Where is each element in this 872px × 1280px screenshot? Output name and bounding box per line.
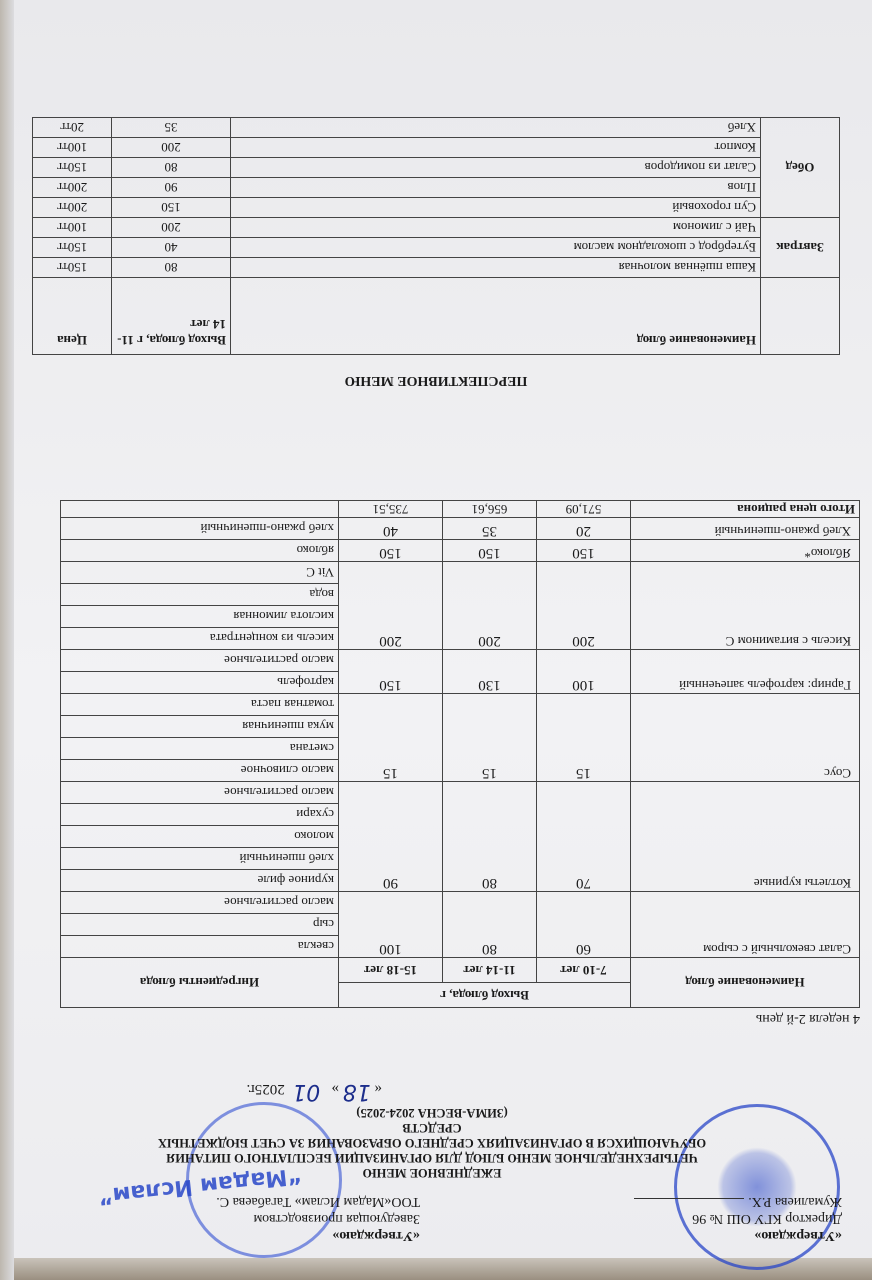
price-value: 200тг	[33, 178, 112, 198]
price-value: 150тг	[33, 258, 112, 278]
table-row: Хлеб3520тг	[33, 118, 840, 138]
ingredient: масло растительное	[61, 782, 339, 804]
ingredient: яблоко	[61, 540, 339, 562]
yield-value: 60	[537, 892, 631, 958]
yield-value: 80	[112, 158, 231, 178]
perspective-menu-title: ПЕРСПЕКТИВНОЕ МЕНЮ	[0, 372, 872, 388]
dish-name: Гарнир: картофель запеченный	[631, 650, 860, 694]
perspective-menu-table: Наименование блюд Выход блюда, г 11-14 л…	[32, 117, 840, 355]
yield-value: 100	[537, 650, 631, 694]
dish-name: Салат свекольный с сыром	[631, 892, 860, 958]
yield-value: 40	[339, 518, 443, 540]
yield-value: 150	[537, 540, 631, 562]
ingredient: картофель	[61, 672, 339, 694]
price-value: 150тг	[33, 158, 112, 178]
dish-name: Хлеб ржано-пшеничный	[631, 518, 860, 540]
empty-cell	[61, 501, 339, 518]
table-row: Чай с лимоном200100тг	[33, 218, 840, 238]
approval-left-label: «Утверждаю»	[754, 1228, 842, 1243]
table-row: Хлеб ржано-пшеничный203540хлеб ржано-пше…	[61, 518, 860, 540]
document-page: “Мадам Ислам” «Утверждаю» Директор КГУ О…	[0, 0, 872, 1280]
table-row: Кисель с витамином С200200200кисель из к…	[61, 628, 860, 650]
ingredient: молоко	[61, 826, 339, 848]
daily-menu-table: Наименование блюд Выход блюда, г Ингреди…	[60, 500, 860, 1008]
table-row: Гарнир: картофель запеченный100130150кар…	[61, 672, 860, 694]
yield-value: 35	[443, 518, 537, 540]
price-value: 100тг	[33, 218, 112, 238]
title-line-3: (ЗИМА-ВЕСНА 2024-2025)	[152, 1105, 712, 1120]
header-age-1: 7-10 лет	[537, 958, 631, 983]
price-value: 100тг	[33, 138, 112, 158]
document-title: ЕЖЕДНЕВНОЕ МЕНЮ ЧЕТЫРЕХНЕДЕЛЬНОЕ МЕНЮ БЛ…	[152, 1105, 712, 1180]
ingredient: свекла	[61, 936, 339, 958]
title-line-1: ЕЖЕДНЕВНОЕ МЕНЮ	[152, 1165, 712, 1180]
header-dish-name: Наименование блюд	[631, 958, 860, 1008]
yield-value: 70	[537, 782, 631, 892]
week-day-label: 4 неделя 2-й день	[756, 1010, 860, 1026]
dish-name: Чай с лимоном	[231, 218, 761, 238]
ingredient: кислота лимонная	[61, 606, 339, 628]
yield-value: 15	[537, 694, 631, 782]
yield-value: 90	[339, 782, 443, 892]
approval-right-position: Заведующая производством	[60, 1210, 420, 1227]
dish-name: Соус	[631, 694, 860, 782]
table-row: ОбедСуп гороховый150200тг	[33, 198, 840, 218]
yield-value: 150	[443, 540, 537, 562]
dish-name: Каша пшённая молочная	[231, 258, 761, 278]
header-ingredients: Ингредиенты блюда	[61, 958, 339, 1008]
table-row: Яблоко*150150150яблоко	[61, 540, 860, 562]
yield-value: 20	[537, 518, 631, 540]
dish-name: Бутерброд с шоколадном маслом	[231, 238, 761, 258]
header-age-2: 11-14 лет	[443, 958, 537, 983]
yield-value: 200	[339, 562, 443, 650]
yield-value: 150	[339, 540, 443, 562]
yield-value: 150	[112, 198, 231, 218]
ingredient: сметана	[61, 738, 339, 760]
ingredient: кисель из концентрата	[61, 628, 339, 650]
total-value: 735,51	[339, 501, 443, 518]
date-day: 18	[343, 1079, 371, 1104]
yield-value: 80	[443, 782, 537, 892]
ingredient: томатная паста	[61, 694, 339, 716]
date-month: 01	[292, 1079, 320, 1104]
yield-value: 200	[112, 138, 231, 158]
ingredient: сыр	[61, 914, 339, 936]
header-yield: Выход блюда, г	[339, 983, 631, 1008]
yield-value: 15	[443, 694, 537, 782]
dish-name: Суп гороховый	[231, 198, 761, 218]
dish-name: Салат из помидоров	[231, 158, 761, 178]
yield-value: 200	[537, 562, 631, 650]
yield-value: 90	[112, 178, 231, 198]
meal-label: Завтрак	[761, 218, 840, 278]
yield-value: 80	[112, 258, 231, 278]
table-row: Котлеты куриные708090куриное филе	[61, 870, 860, 892]
table-row: Бутерброд с шоколадном маслом40150тг	[33, 238, 840, 258]
header-age-3: 15-18 лет	[339, 958, 443, 983]
yield-value: 130	[443, 650, 537, 694]
date-quote-close: »	[332, 1081, 340, 1097]
approval-right-org: ТОО«Мадам Ислам» Тагабаева С.	[60, 1193, 420, 1210]
total-value: 571,09	[537, 501, 631, 518]
yield-value: 40	[112, 238, 231, 258]
ingredient: масло растительное	[61, 650, 339, 672]
dish-name: Плов	[231, 178, 761, 198]
dish-name: Кисель с витамином С	[631, 562, 860, 650]
yield-value: 35	[112, 118, 231, 138]
dish-name: Яблоко*	[631, 540, 860, 562]
approval-right-label: «Утверждаю»	[332, 1228, 420, 1243]
paper-edge	[0, 0, 14, 1280]
dish-name: Компот	[231, 138, 761, 158]
table-row: Компот200100тг	[33, 138, 840, 158]
total-row: Итого цена рациона571,09656,61735,51	[61, 501, 860, 518]
ingredient: хлеб ржано-пшеничный	[61, 518, 339, 540]
approval-left: «Утверждаю» Директор КГУ ОШ № 96 Жумалие…	[542, 1193, 842, 1244]
title-line-2: ЧЕТЫРЕХНЕДЕЛЬНОЕ МЕНЮ БЛЮД ДЛЯ ОРГАНИЗАЦ…	[152, 1120, 712, 1165]
table-row: Салат из помидоров80150тг	[33, 158, 840, 178]
ingredient: масло сливочное	[61, 760, 339, 782]
yield-value: 200	[112, 218, 231, 238]
yield-value: 200	[443, 562, 537, 650]
ingredient: масло растительное	[61, 892, 339, 914]
yield-value: 150	[339, 650, 443, 694]
approval-left-position: Директор КГУ ОШ № 96	[542, 1210, 842, 1227]
header-dish-name-2: Наименование блюд	[231, 278, 761, 355]
dish-name: Котлеты куриные	[631, 782, 860, 892]
ingredient: сухари	[61, 804, 339, 826]
ingredient: хлеб пшеничный	[61, 848, 339, 870]
table-row: Салат свекольный с сыром6080100свекла	[61, 936, 860, 958]
table-row: ЗавтракКаша пшённая молочная80150тг	[33, 258, 840, 278]
total-value: 656,61	[443, 501, 537, 518]
date-year: 2025г.	[247, 1081, 285, 1097]
price-value: 20тг	[33, 118, 112, 138]
ingredient: мука пшеничная	[61, 716, 339, 738]
header-price: Цена	[33, 278, 112, 355]
header-yield-2: Выход блюда, г 11-14 лет	[112, 278, 231, 355]
date-quote-open: «	[375, 1081, 383, 1097]
yield-value: 100	[339, 892, 443, 958]
approval-right: «Утверждаю» Заведующая производством ТОО…	[60, 1193, 420, 1244]
dish-name: Хлеб	[231, 118, 761, 138]
yield-value: 80	[443, 892, 537, 958]
yield-value: 15	[339, 694, 443, 782]
header-meal	[761, 278, 840, 355]
meal-label: Обед	[761, 118, 840, 218]
approval-date: « 18 » 01 2025г.	[247, 1079, 382, 1104]
price-value: 200тг	[33, 198, 112, 218]
price-value: 150тг	[33, 238, 112, 258]
ingredient: Vit C	[61, 562, 339, 584]
table-row: Плов90200тг	[33, 178, 840, 198]
approval-left-name: Жумалиева Р.Х.	[748, 1194, 842, 1209]
ingredient: вода	[61, 584, 339, 606]
ingredient: куриное филе	[61, 870, 339, 892]
table-row: Соус151515масло сливочное	[61, 760, 860, 782]
signature-line	[634, 1198, 744, 1199]
total-label: Итого цена рациона	[631, 501, 860, 518]
